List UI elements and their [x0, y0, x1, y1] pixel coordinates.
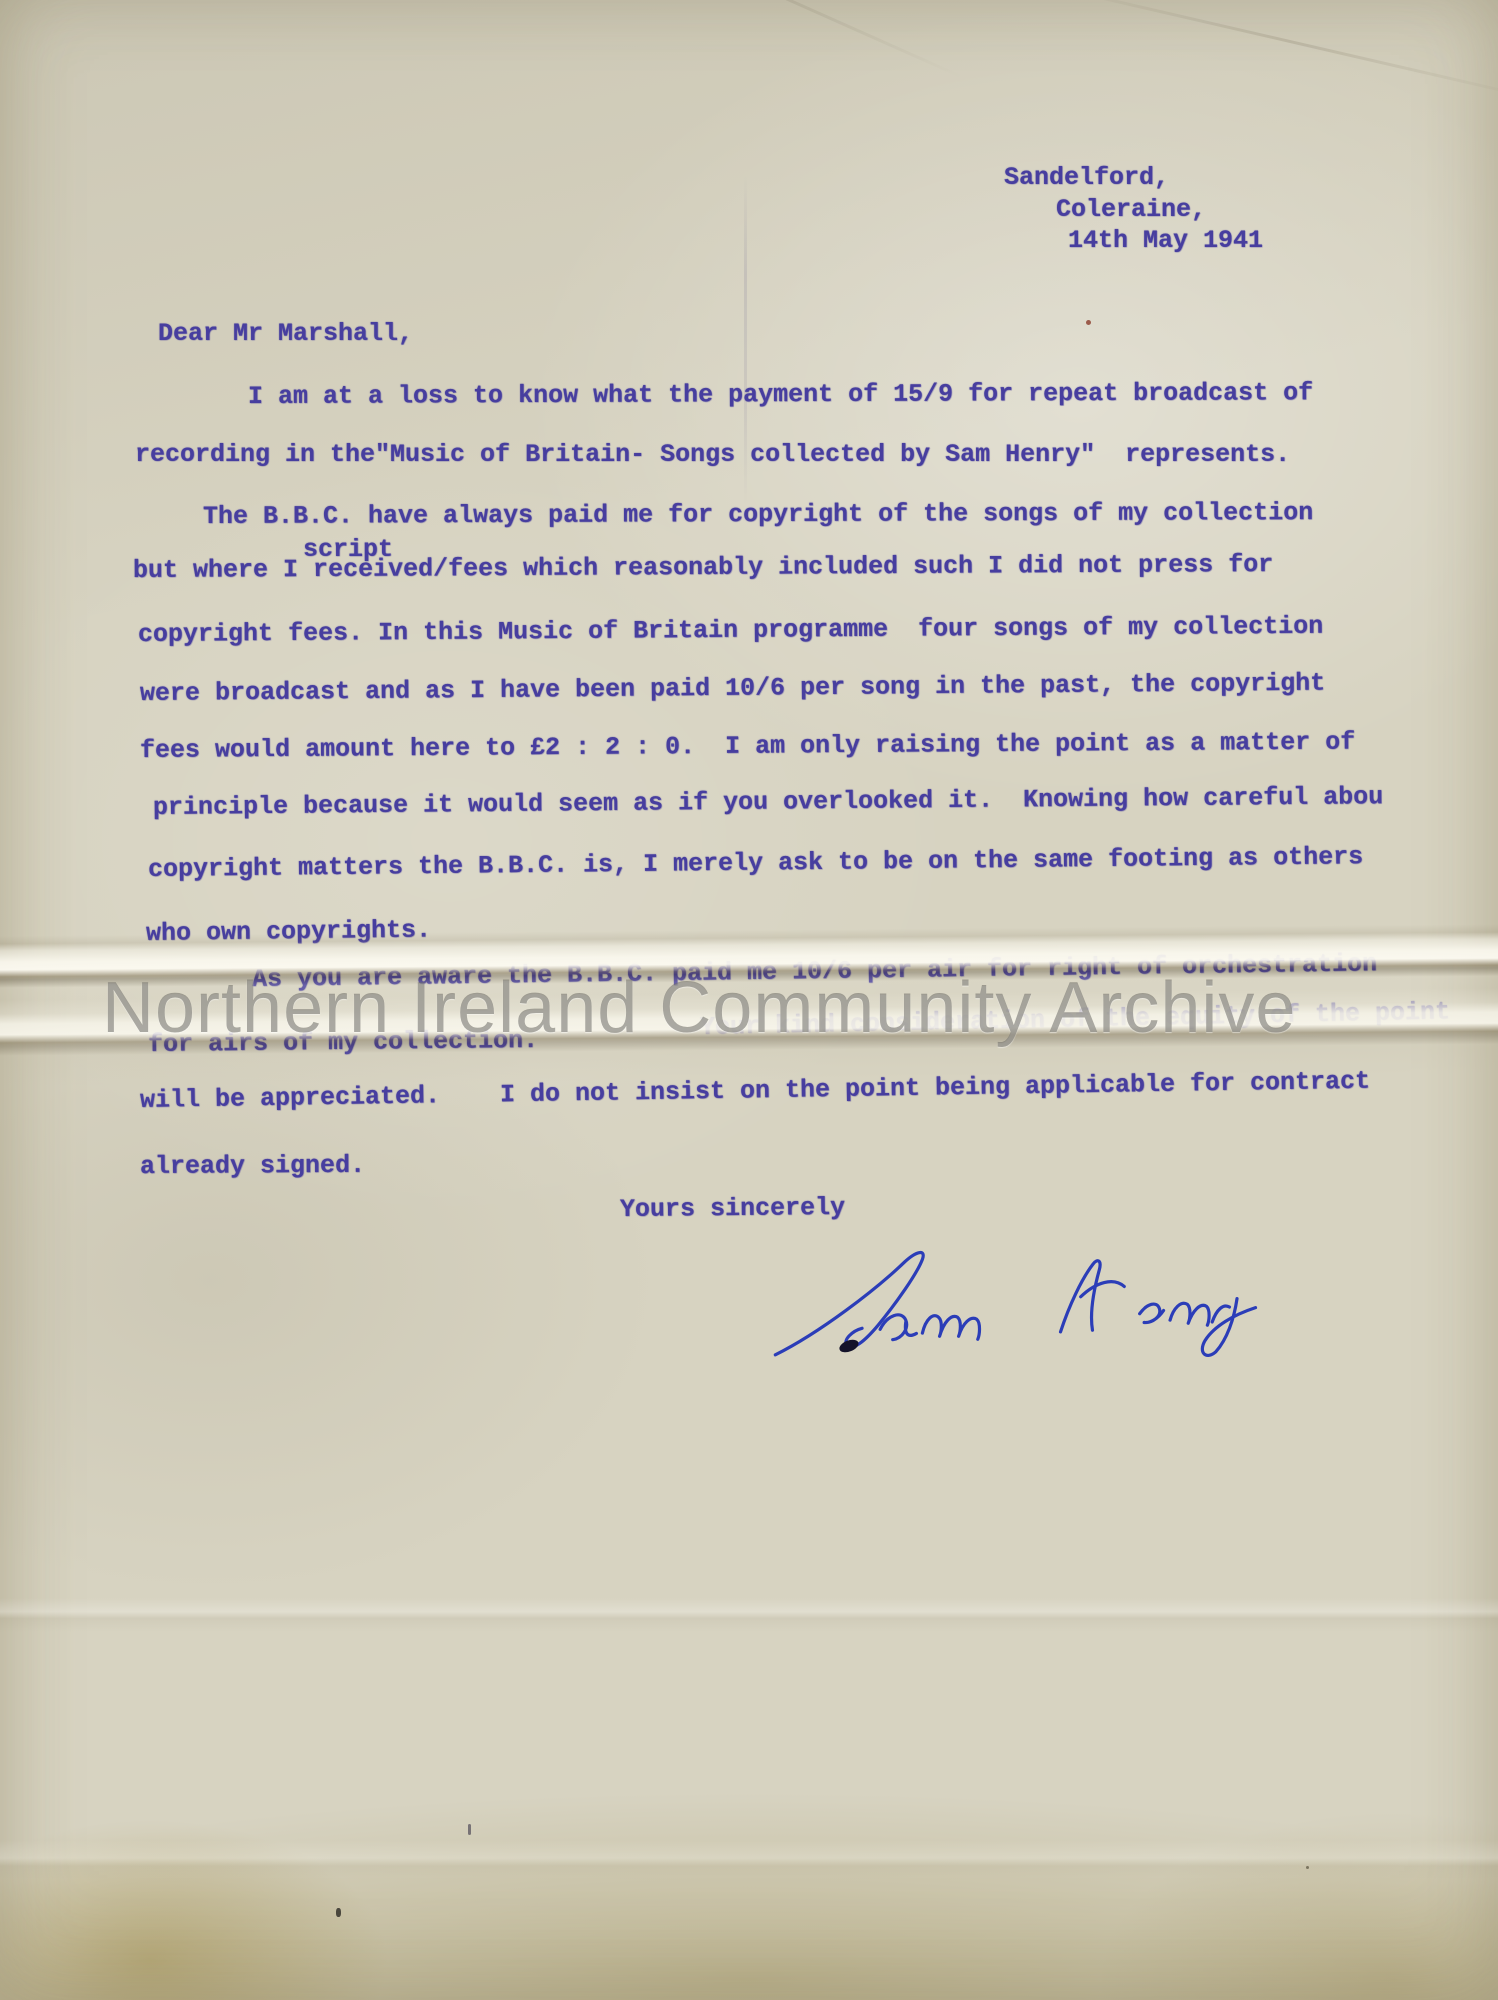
body-line-10: who own copyrights. — [146, 917, 431, 947]
body-line-9: copyright matters the B.B.C. is, I merel… — [148, 843, 1363, 883]
signature-sam-henry — [756, 1225, 1284, 1422]
tiny-speck — [1306, 1866, 1309, 1869]
body-line-13-faded: Your kind consideration of the equity of… — [700, 998, 1451, 1041]
closing: Yours sincerely — [620, 1194, 845, 1223]
paper-crease-horizontal-lower — [0, 1598, 1498, 1632]
letter-scan-page: Sandelford, Coleraine, 14th May 1941 Dea… — [0, 0, 1498, 2000]
body-line-2: recording in the"Music of Britain- Songs… — [135, 441, 1290, 468]
body-line-4: but where I received/fees which reasonab… — [133, 551, 1273, 584]
address-line-2: Coleraine, — [1056, 196, 1206, 223]
paper-crease-diagonal-top — [578, 0, 963, 78]
body-line-3: The B.B.C. have always paid me for copyr… — [203, 499, 1313, 530]
body-line-15: already signed. — [140, 1152, 365, 1180]
date-line: 14th May 1941 — [1068, 227, 1263, 254]
body-line-12: for airs of my collection. — [148, 1027, 538, 1058]
body-line-11: As you are aware the B.B.C. paid me 10/6… — [252, 950, 1377, 993]
body-line-1: I am at a loss to know what the payment … — [248, 379, 1313, 410]
body-line-14: will be appreciated. I do not insist on … — [140, 1068, 1370, 1114]
body-line-6: were broadcast and as I have been paid 1… — [140, 670, 1325, 707]
body-line-7: fees would amount here to £2 : 2 : 0. I … — [140, 729, 1355, 764]
body-line-5: copyright fees. In this Music of Britain… — [138, 613, 1323, 648]
paper-crease-horizontal-bottom — [0, 1840, 1498, 1880]
paper-crease-diagonal-right — [1036, 0, 1498, 101]
stray-mark — [468, 1824, 471, 1835]
red-ink-speck — [1086, 320, 1091, 325]
address-line-1: Sandelford, — [1004, 164, 1169, 191]
body-line-8: principle because it would seem as if yo… — [153, 783, 1383, 821]
ink-speck-bottom — [336, 1908, 341, 1917]
salutation: Dear Mr Marshall, — [158, 320, 413, 347]
